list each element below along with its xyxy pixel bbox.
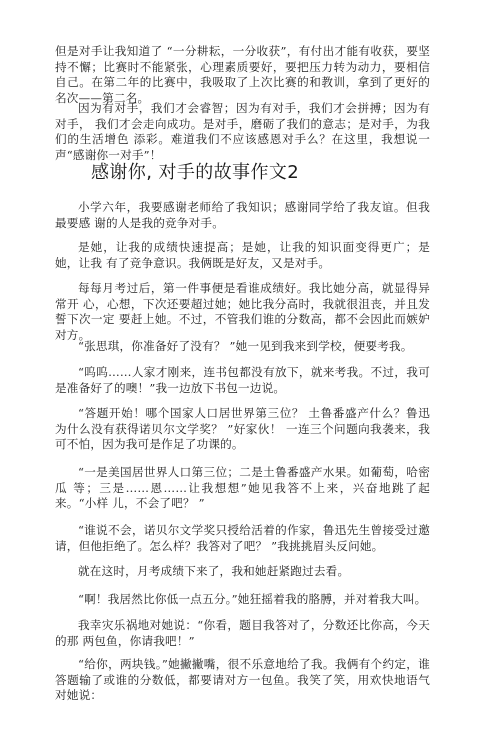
document-page: 但是对手让我知道了 “一分耕耘，一分收获”，有付出才能有收获，要坚持不懈；比赛时… bbox=[0, 0, 500, 745]
paragraph-4: “张思琪，你准备好了没有？ ”她一见到我来到学校，便要考我。 bbox=[55, 339, 430, 355]
paragraph-11: 我幸灾乐祸地对她说：“你看，题目我答对了，分数还比你高，今天的那 两包鱼，你请我… bbox=[55, 618, 430, 649]
paragraph-3: 每每月考过后，第一件事便是看谁成绩好。我比她分高，就显得异常开 心，心想，下次还… bbox=[55, 281, 430, 343]
paragraph-6: “答题开始！哪个国家人口居世界第三位？ 土鲁番盛产什么？鲁迅为什么没有获得诺贝尔… bbox=[55, 406, 430, 453]
paragraph-1: 小学六年，我要感谢老师给了我知识；感谢同学给了我友谊。但我最要感 谢的人是我的竞… bbox=[55, 200, 430, 231]
paragraph-top-1: 但是对手让我知道了 “一分耕耘，一分收获”，有付出才能有收获，要坚持不懈；比赛时… bbox=[55, 44, 430, 106]
paragraph-top-2: 因为有对手，我们才会睿智；因为有对手，我们才会拼搏；因为有对手， 我们才会走向成… bbox=[55, 101, 430, 163]
paragraph-5: “呜呜……人家才刚来，连书包都没有放下，就来考我。不过，我可是准备好了的噢！”我… bbox=[55, 365, 430, 396]
essay-title: 感谢你, 对手的故事作文2 bbox=[91, 161, 299, 185]
paragraph-10: “啊！我居然比你低一点五分。”她狂摇着我的胳膊，并对着我大叫。 bbox=[55, 592, 430, 608]
paragraph-8: “谁说不会，诺贝尔文学奖只授给活着的作家，鲁迅先生曾接受过邀请，但他拒绝了。怎么… bbox=[55, 523, 430, 554]
paragraph-12: “给你，两块钱。”她撇撇嘴，很不乐意地给了我。我俩有个约定，谁答题输了或谁的分数… bbox=[55, 657, 430, 704]
paragraph-9: 就在这时，月考成绩下来了，我和她赶紧跑过去看。 bbox=[55, 564, 430, 580]
paragraph-7: “一是美国居世界人口第三位；二是土鲁番盛产水果。如葡萄，哈密瓜 等；三是……恩…… bbox=[55, 465, 430, 512]
paragraph-2: 是她，让我的成绩快速提高；是她，让我的知识面变得更广；是她，让我 有了竞争意识。… bbox=[55, 240, 430, 271]
